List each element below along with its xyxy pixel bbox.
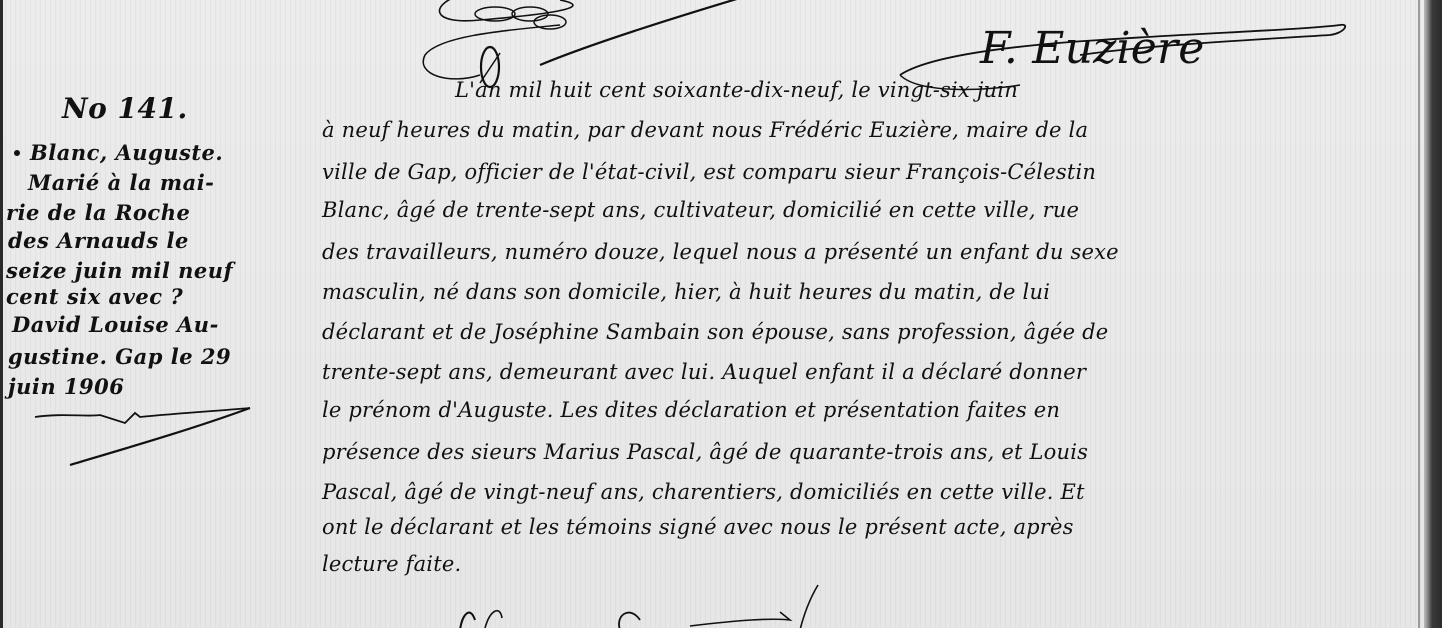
margin-line: juin 1906 — [8, 374, 124, 399]
book-binding — [1424, 0, 1442, 628]
register-page: F. Euzière No 141. Blanc, Auguste. Marié… — [0, 0, 1424, 628]
body-line: ville de Gap, officier de l'état-civil, … — [322, 160, 1096, 184]
body-line: Blanc, âgé de trente-sept ans, cultivate… — [322, 198, 1079, 222]
mayor-signature-text: F. Euzière — [980, 23, 1204, 74]
body-line: déclarant et de Joséphine Sambain son ép… — [322, 320, 1108, 344]
body-line: ont le déclarant et les témoins signé av… — [322, 515, 1074, 539]
body-line: trente-sept ans, demeurant avec lui. Auq… — [322, 360, 1086, 384]
page-left-edge — [0, 0, 3, 628]
body-line: à neuf heures du matin, par devant nous … — [322, 118, 1088, 142]
body-line: Pascal, âgé de vingt-neuf ans, charentie… — [322, 480, 1085, 504]
body-line: le prénom d'Auguste. Les dites déclarati… — [322, 398, 1060, 422]
margin-line: cent six avec ? — [6, 284, 183, 309]
margin-line: David Louise Au- — [12, 312, 219, 337]
body-line: des travailleurs, numéro douze, lequel n… — [322, 240, 1119, 264]
margin-line: gustine. Gap le 29 — [8, 344, 231, 369]
body-line: présence des sieurs Marius Pascal, âgé d… — [322, 440, 1088, 464]
paraph-icon — [30, 405, 260, 475]
margin-line: rie de la Roche — [6, 200, 190, 225]
body-line: lecture faite. — [322, 552, 461, 576]
margin-bullet — [14, 150, 20, 156]
signatures-stroke-icon — [440, 590, 1080, 628]
margin-line: des Arnauds le — [8, 228, 189, 253]
margin-line: seize juin mil neuf — [6, 258, 233, 283]
page-gutter-line — [1418, 0, 1420, 628]
entry-number: No 141. — [62, 92, 188, 125]
margin-line: Marié à la mai- — [28, 170, 214, 195]
body-line: masculin, né dans son domicile, hier, à … — [322, 280, 1050, 304]
margin-line: Blanc, Auguste. — [30, 140, 223, 165]
body-line: L'an mil huit cent soixante-dix-neuf, le… — [455, 78, 1018, 102]
